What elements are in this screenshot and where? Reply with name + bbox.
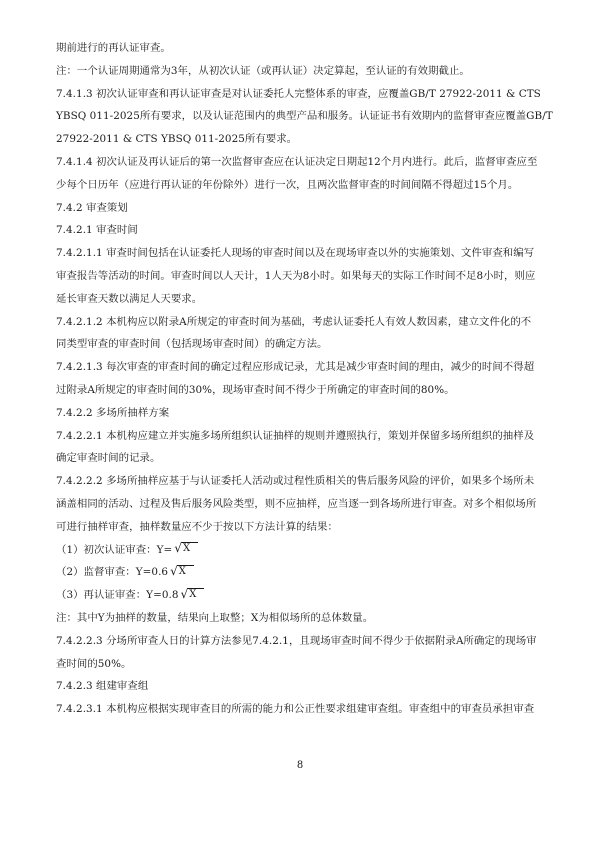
clause-7-4-2-2-1: 7.4.2.2.1 本机构应建立并实施多场所组织认证抽样的规则并遵照执行，策划并… (56, 425, 556, 448)
document-page: 期前进行的再认证审查。 注：一个认证周期通常为3年，从初次认证（或再认证）决定算… (0, 0, 600, 848)
text-line: 查时间的50%。 (56, 653, 556, 676)
formula-recertification: （3）再认证审查：Y=0.8 √ X (56, 584, 556, 607)
formula-label: （1）初次认证审查：Y= (56, 539, 172, 562)
section-heading-7-4-2-1: 7.4.2.1 审查时间 (56, 219, 556, 242)
formula-surveillance: （2）监督审查：Y=0.6 √ X (56, 561, 556, 584)
section-heading-7-4-2: 7.4.2 审查策划 (56, 197, 556, 220)
text-line: 审查报告等活动的时间。审查时间以人天计，1人天为8小时。如果每天的实际工作时间不… (56, 265, 556, 288)
text-line: 延长审查天数以满足人天要求。 (56, 288, 556, 311)
square-root: √ X (170, 565, 194, 577)
text-line: 少每个日历年（应进行再认证的年份除外）进行一次，且两次监督审查的时间间隔不得超过… (56, 174, 556, 197)
clause-7-4-1-4: 7.4.1.4 初次认证及再认证后的第一次监督审查应在认证决定日期起12个月内进… (56, 151, 556, 174)
clause-7-4-2-1-3: 7.4.2.1.3 每次审查的审查时间的确定过程应形成记录，尤其是减少审查时间的… (56, 356, 556, 379)
clause-7-4-1-3: 7.4.1.3 初次认证审查和再认证审查是对认证委托人完整体系的审查，应覆盖GB… (56, 83, 556, 106)
text-line: YBSQ 011-2025所有要求，以及认证范围内的典型产品和服务。认证证书有效… (56, 105, 556, 128)
section-heading-7-4-2-3: 7.4.2.3 组建审查组 (56, 675, 556, 698)
clause-7-4-2-1-1: 7.4.2.1.1 审查时间包括在认证委托人现场的审查时间以及在现场审查以外的实… (56, 242, 556, 265)
clause-7-4-2-2-3: 7.4.2.2.3 分场所审查人日的计算方法参见7.4.2.1，且现场审查时间不… (56, 630, 556, 653)
square-root: √ X (174, 542, 198, 554)
radicand: X (181, 542, 198, 554)
text-line: 可进行抽样审查，抽样数量应不少于按以下方法计算的结果： (56, 516, 556, 539)
radicand: X (177, 565, 194, 577)
radicand: X (187, 588, 204, 600)
text-line: 同类型审查的审查时间（包括现场审查时间）的确定方法。 (56, 333, 556, 356)
text-line: 过附录A所规定的审查时间的30%，现场审查时间不得少于所确定的审查时间的80%。 (56, 379, 556, 402)
note-line: 注：一个认证周期通常为3年，从初次认证（或再认证）决定算起，至认证的有效期截止。 (56, 60, 556, 83)
document-body: 期前进行的再认证审查。 注：一个认证周期通常为3年，从初次认证（或再认证）决定算… (56, 37, 556, 721)
formula-initial-certification: （1）初次认证审查：Y= √ X (56, 539, 556, 562)
text-line: 涵盖相同的活动、过程及售后服务风险类型，则不应抽样，应当逐一到各场所进行审查。对… (56, 493, 556, 516)
clause-7-4-2-2-2: 7.4.2.2.2 多场所抽样应基于与认证委托人活动或过程性质相关的售后服务风险… (56, 470, 556, 493)
formula-label: （3）再认证审查：Y=0.8 (56, 584, 179, 607)
text-line: 确定审查时间的记录。 (56, 447, 556, 470)
square-root: √ X (181, 588, 205, 600)
clause-7-4-2-1-2: 7.4.2.1.2 本机构应以附录A所规定的审查时间为基础，考虑认证委托人有效人… (56, 311, 556, 334)
page-number: 8 (0, 760, 600, 771)
clause-7-4-2-3-1: 7.4.2.3.1 本机构应根据实现审查目的所需的能力和公正性要求组建审查组。审… (56, 698, 556, 721)
section-heading-7-4-2-2: 7.4.2.2 多场所抽样方案 (56, 402, 556, 425)
text-line: 27922-2011 & CTS YBSQ 011-2025所有要求。 (56, 128, 556, 151)
text-line: 期前进行的再认证审查。 (56, 37, 556, 60)
formula-label: （2）监督审查：Y=0.6 (56, 561, 168, 584)
note-line: 注：其中Y为抽样的数量，结果向上取整；X为相似场所的总体数量。 (56, 607, 556, 630)
